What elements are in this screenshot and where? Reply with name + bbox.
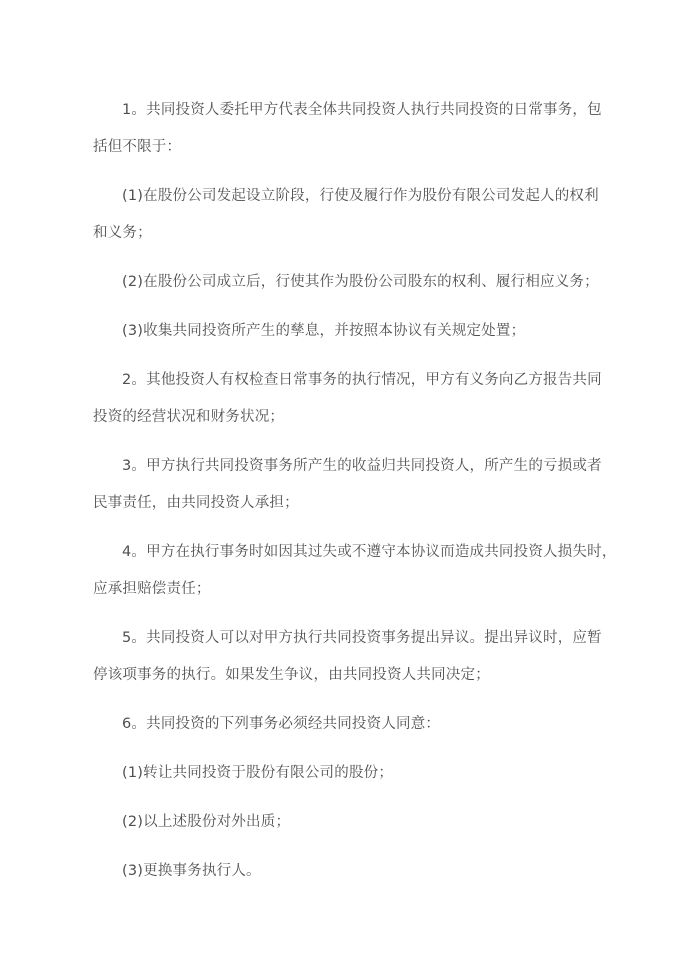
paragraph: (1)在股份公司发起设立阶段，行使及履行作为股份有限公司发起人的权利 和义务； — [93, 178, 602, 252]
paragraph: 2。其他投资人有权检查日常事务的执行情况，甲方有义务向乙方报告共同 投资的经营状… — [93, 362, 602, 436]
paragraph: (3)更换事务执行人。 — [93, 853, 602, 890]
paragraph: 4。甲方在执行事务时如因其过失或不遵守本协议而造成共同投资人损失时， 应承担赔偿… — [93, 534, 602, 608]
paragraph: 6。共同投资的下列事务必须经共同投资人同意： — [93, 706, 602, 743]
paragraph: (2)以上述股份对外出质； — [93, 804, 602, 841]
paragraph: 3。甲方执行共同投资事务所产生的收益归共同投资人，所产生的亏损或者 民事责任，由… — [93, 448, 602, 522]
paragraph: (1)转让共同投资于股份有限公司的股份； — [93, 755, 602, 792]
document-page: 1。共同投资人委托甲方代表全体共同投资人执行共同投资的日常事务，包 括但不限于：… — [0, 0, 690, 976]
paragraph: 1。共同投资人委托甲方代表全体共同投资人执行共同投资的日常事务，包 括但不限于： — [93, 92, 602, 166]
document-body: 1。共同投资人委托甲方代表全体共同投资人执行共同投资的日常事务，包 括但不限于：… — [93, 92, 602, 890]
paragraph: (2)在股份公司成立后，行使其作为股份公司股东的权利、履行相应义务； — [93, 264, 602, 301]
paragraph: (3)收集共同投资所产生的孳息，并按照本协议有关规定处置； — [93, 313, 602, 350]
paragraph: 5。共同投资人可以对甲方执行共同投资事务提出异议。提出异议时，应暂 停该项事务的… — [93, 620, 602, 694]
